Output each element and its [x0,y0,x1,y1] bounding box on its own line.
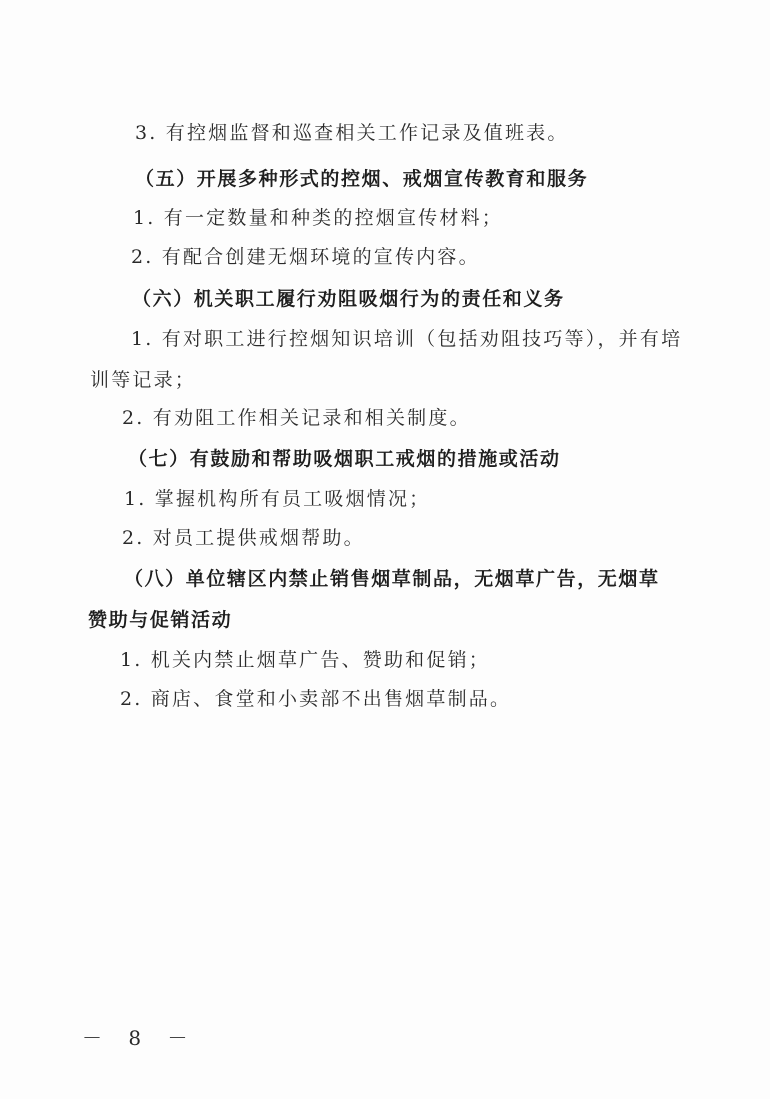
section-heading-8-continued: 赞助与促销活动 [88,611,232,630]
item-1-training: 1. 有对职工进行控烟知识培训（包括劝阻技巧等），并有培 [131,330,682,349]
item-2-no-sales: 2. 商店、食堂和小卖部不出售烟草制品。 [120,690,511,709]
item-2-records: 2. 有劝阻工作相关记录和相关制度。 [122,409,471,428]
item-1-materials: 1. 有一定数量和种类的控烟宣传材料； [133,209,503,228]
item-3-supervision-records: 3. 有控烟监督和巡查相关工作记录及值班表。 [135,124,569,143]
section-heading-5: （五）开展多种形式的控烟、戒烟宣传教育和服务 [135,170,588,189]
item-2-content: 2. 有配合创建无烟环境的宣传内容。 [131,248,480,267]
item-1-no-advertising: 1. 机关内禁止烟草广告、赞助和促销； [120,651,490,670]
section-heading-8: （八）单位辖区内禁止销售烟草制品，无烟草广告，无烟草 [124,570,660,589]
page-number: － 8 － [82,1022,197,1051]
item-2-cessation-help: 2. 对员工提供戒烟帮助。 [122,529,365,548]
section-heading-7: （七）有鼓励和帮助吸烟职工戒烟的措施或活动 [128,450,561,469]
item-1-employee-status: 1. 掌握机构所有员工吸烟情况； [124,490,430,509]
item-1-training-continued: 训等记录； [90,371,196,390]
section-heading-6: （六）机关职工履行劝阻吸烟行为的责任和义务 [132,290,565,309]
